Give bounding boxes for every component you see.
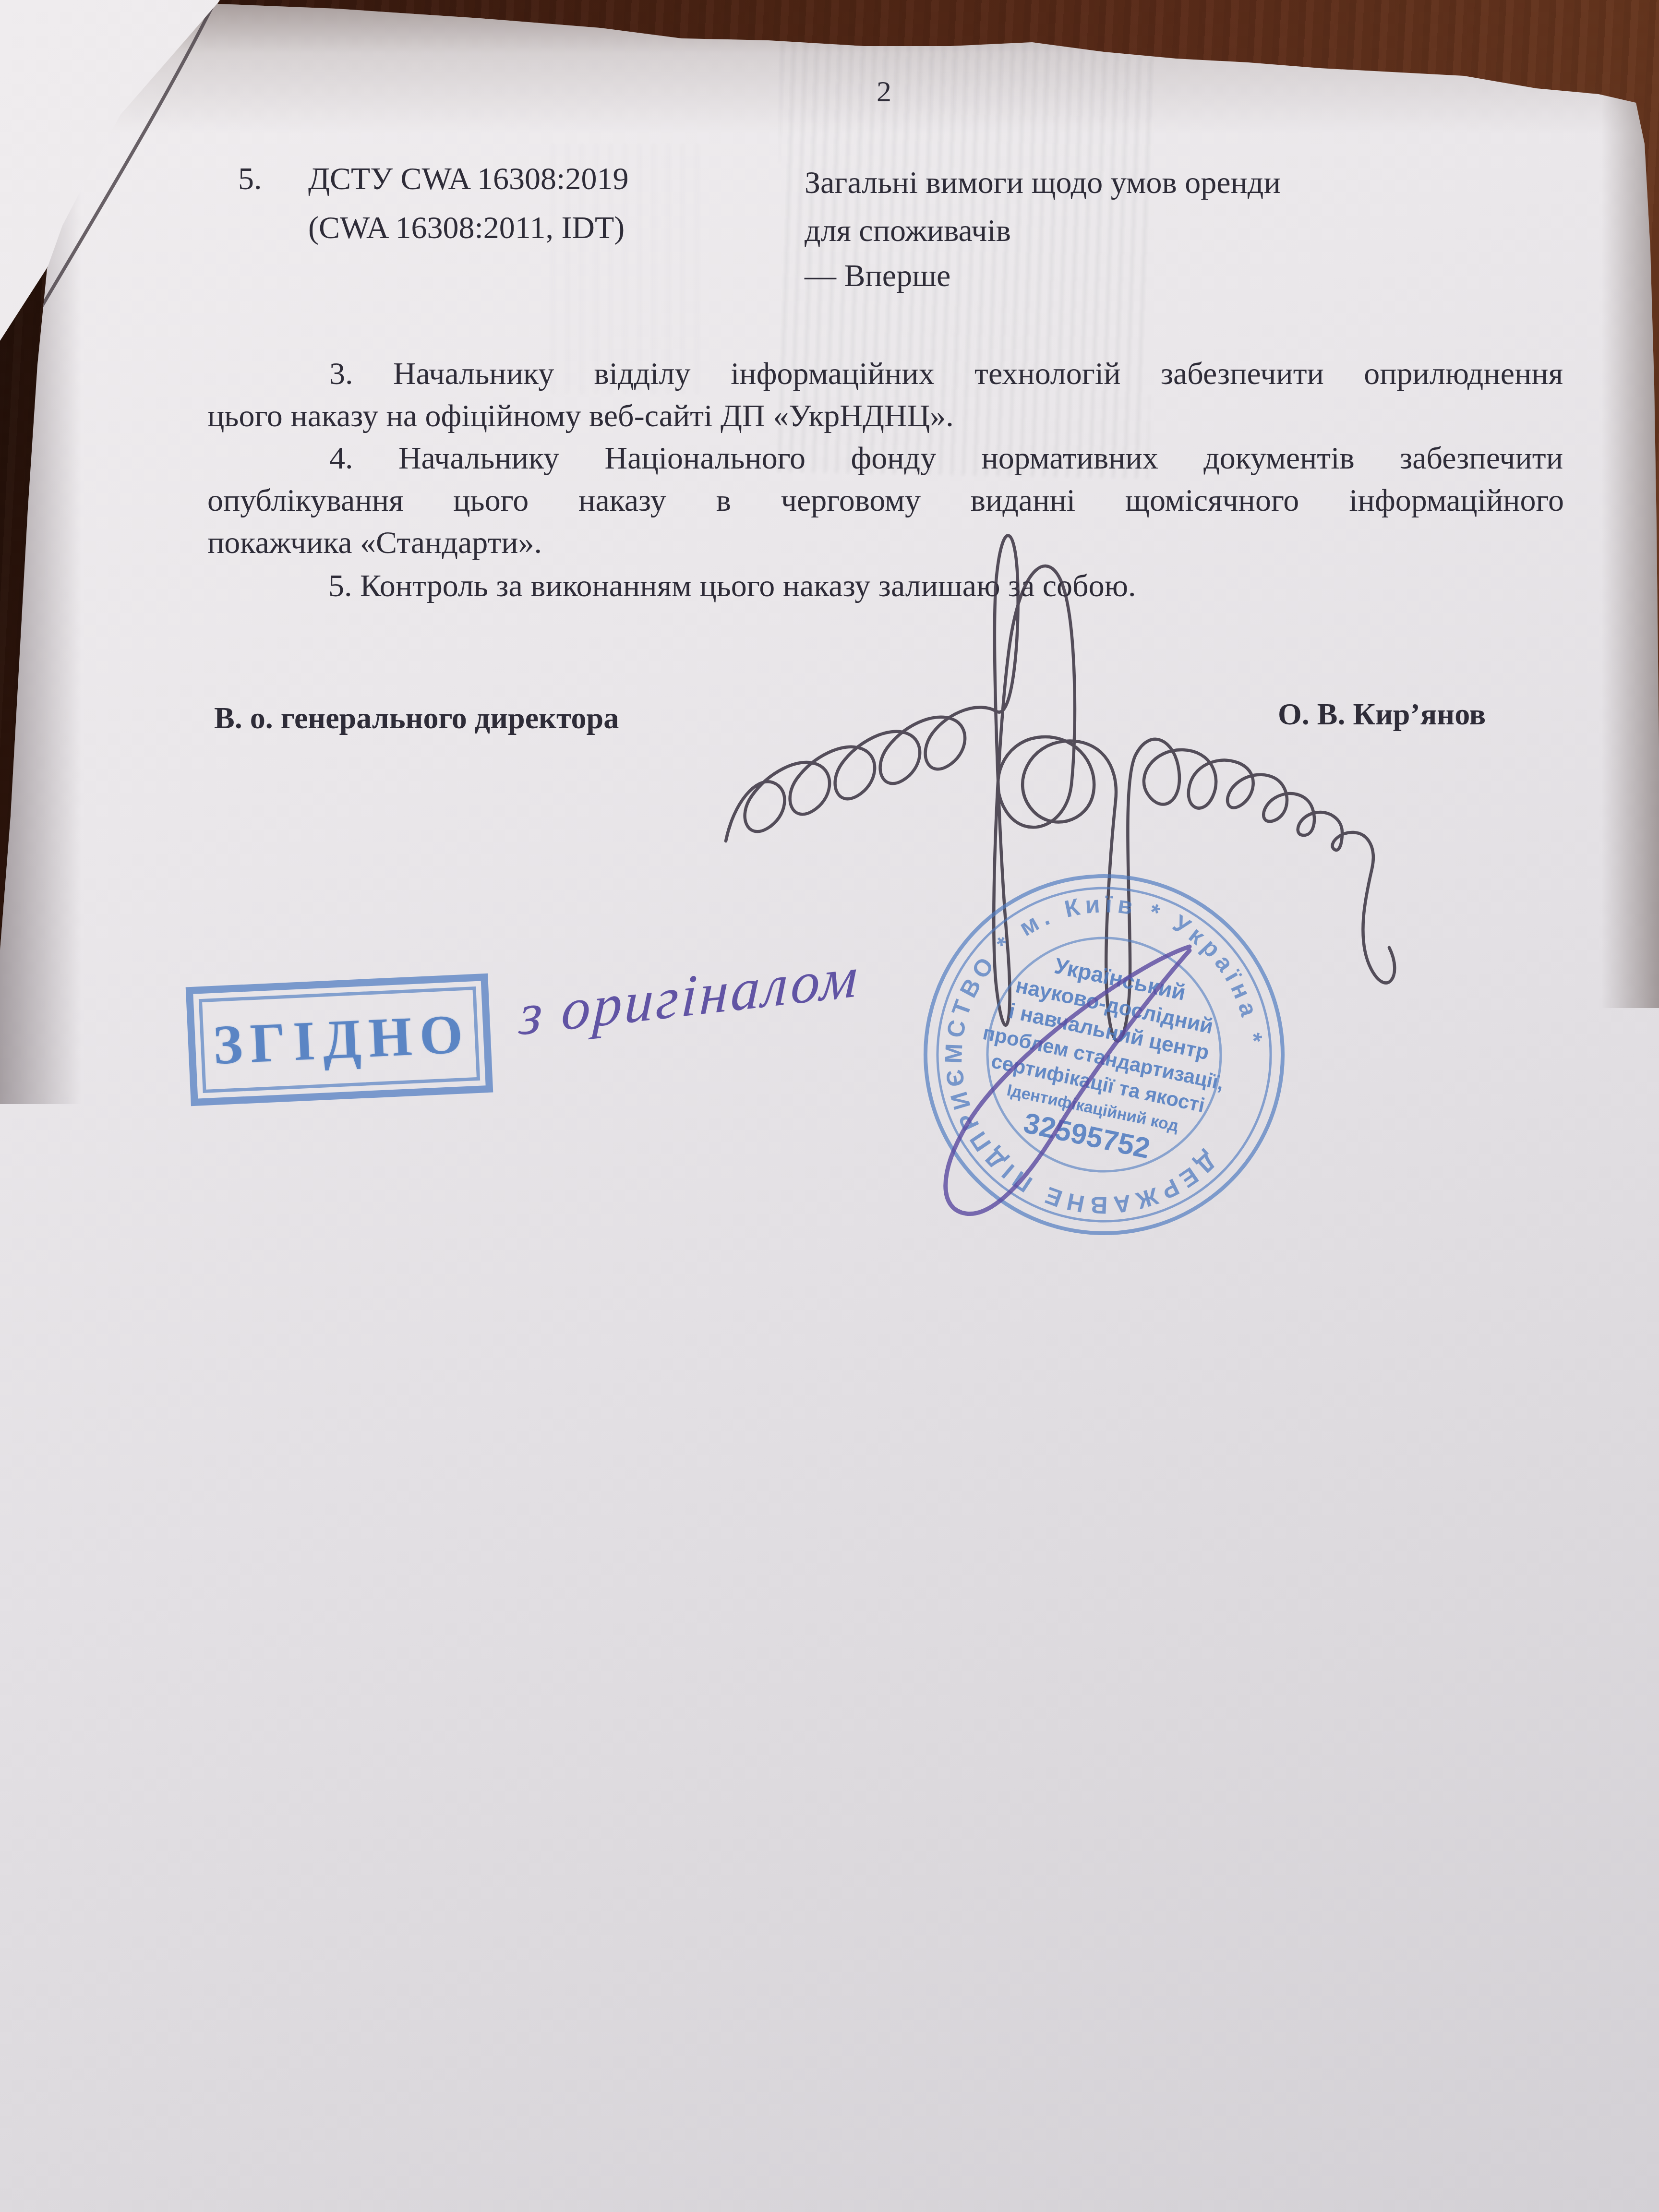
seal-center-line6: Ідентифікаційний код bbox=[1005, 1081, 1180, 1135]
order-item4-line2: опублікування цього наказу в черговому в… bbox=[207, 485, 1564, 517]
seal-center-line4: проблем стандартизації, bbox=[981, 1021, 1226, 1094]
zgidno-stamp-inner-border bbox=[199, 986, 480, 1093]
svg-text:ДЕРЖАВНЕ ПІДПРИЄМСТВО * м. Киї: ДЕРЖАВНЕ ПІДПРИЄМСТВО * м. Київ * Україн… bbox=[910, 860, 1293, 1249]
round-seal: ДЕРЖАВНЕ ПІДПРИЄМСТВО * м. Київ * Україн… bbox=[892, 843, 1316, 1266]
seal-center-line1: Український bbox=[1052, 953, 1188, 1005]
standard-code-line1: ДСТУ CWA 16308:2019 bbox=[308, 163, 628, 195]
zgidno-stamp: ЗГІДНО bbox=[186, 974, 493, 1106]
seal-center-line2: науково-дослідний bbox=[1013, 974, 1215, 1038]
pen-flourish bbox=[946, 947, 1190, 1214]
seal-outer-circle bbox=[892, 843, 1316, 1266]
seal-center-line3: і навчальний центр bbox=[1007, 999, 1211, 1064]
standard-code-line2: (CWA 16308:2011, IDT) bbox=[308, 212, 625, 244]
document-page: 2 5. ДСТУ CWA 16308:2019 (CWA 16308:2011… bbox=[0, 0, 1659, 2212]
order-item5-line1: 5. Контроль за виконанням цього наказу з… bbox=[328, 570, 1136, 602]
seal-center-line7: 32595752 bbox=[1021, 1106, 1153, 1165]
page-number: 2 bbox=[877, 77, 891, 107]
standard-title-line2: для споживачів bbox=[805, 215, 1011, 247]
seal-ring-text: ДЕРЖАВНЕ ПІДПРИЄМСТВО * м. Київ * Україн… bbox=[910, 860, 1293, 1249]
handwritten-note: з оригіналом bbox=[518, 943, 861, 1049]
signer-name: О. В. Кир’янов bbox=[1278, 699, 1486, 730]
list-item-number: 5. bbox=[238, 163, 262, 195]
standard-title-line3: — Вперше bbox=[805, 260, 950, 292]
order-item4-line3: покажчика «Стандарти». bbox=[207, 527, 542, 559]
order-item4-line1: 4. Начальнику Національного фонду нормат… bbox=[329, 443, 1563, 474]
signer-position-title: В. о. генерального директора bbox=[214, 703, 619, 733]
seal-inner-circle bbox=[966, 916, 1242, 1193]
order-item3-line2: цього наказу на офіційному веб-сайті ДП … bbox=[207, 400, 954, 432]
seal-middle-circle bbox=[906, 857, 1301, 1252]
seal-center-line5: сертифікації та якості bbox=[989, 1049, 1207, 1117]
photo-of-document: { "page_number": "2", "standard_item": {… bbox=[0, 0, 1659, 2212]
standard-title-line1: Загальні вимоги щодо умов оренди bbox=[805, 167, 1281, 199]
order-item3-line1: 3. Начальнику відділу інформаційних техн… bbox=[329, 358, 1563, 390]
